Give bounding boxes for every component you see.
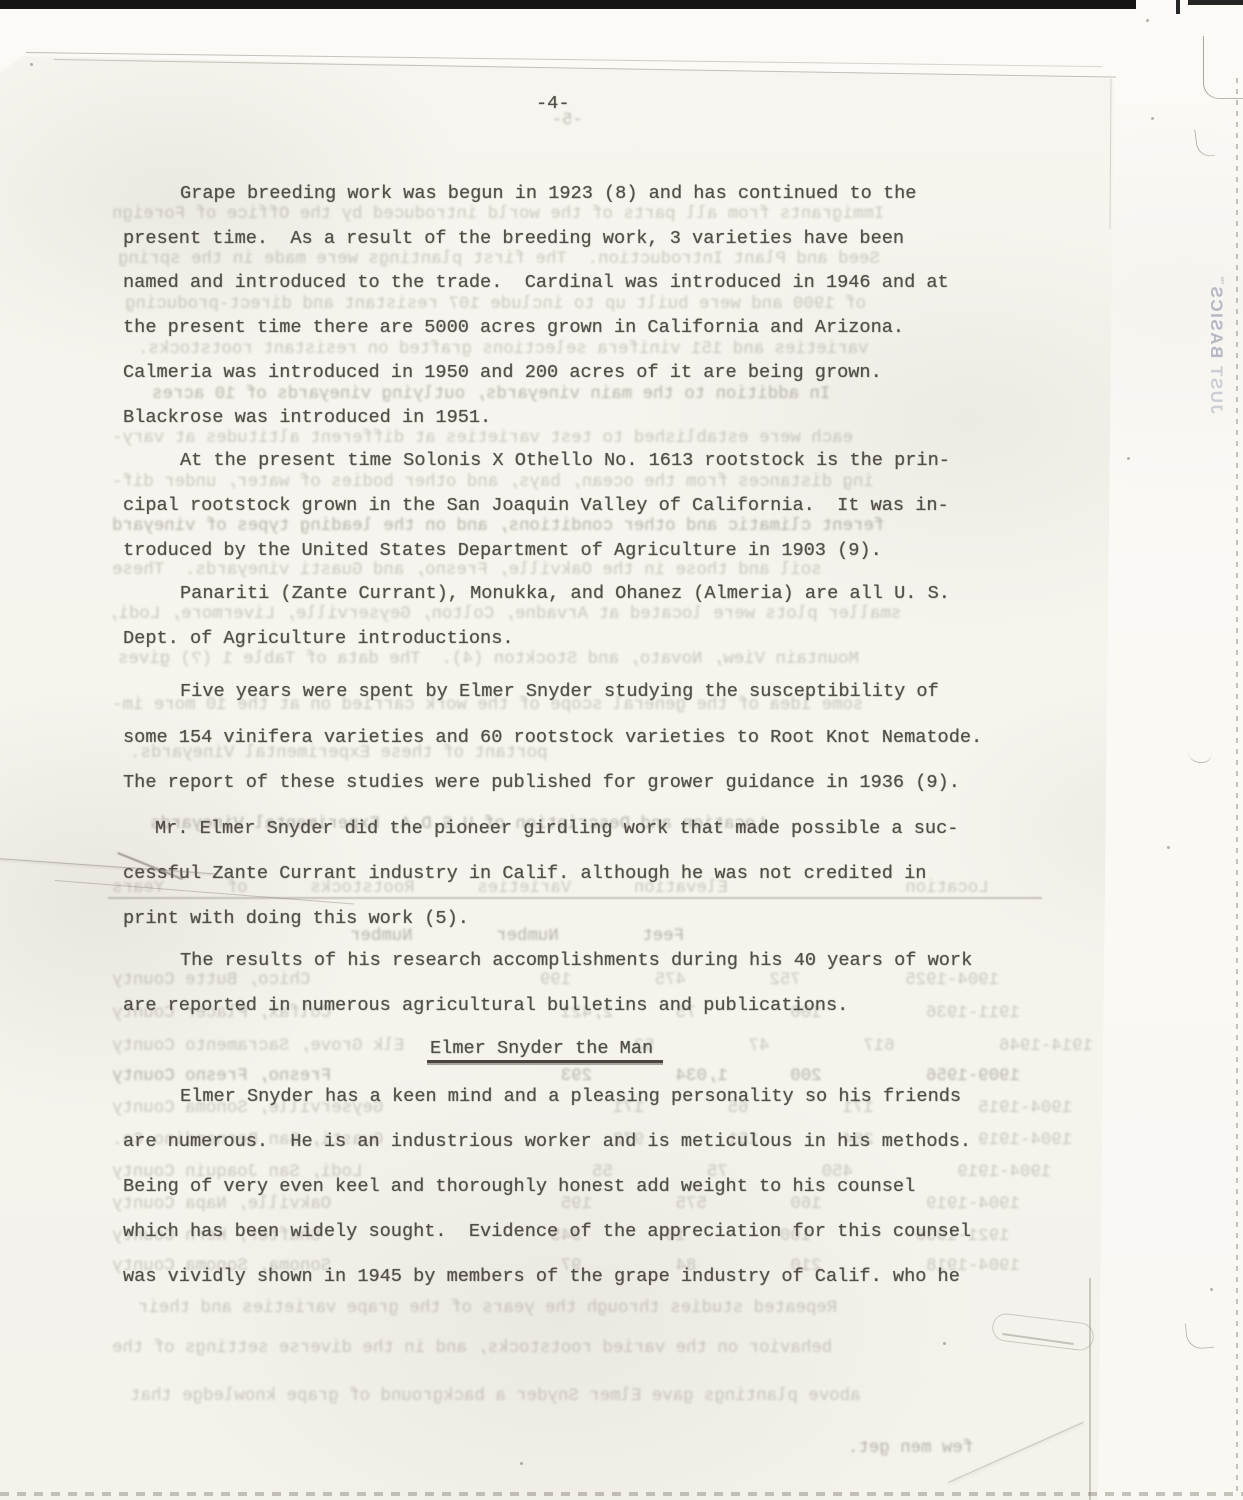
scanner-edge-strip [1188,0,1243,5]
bleedthrough-line: varieties and 151 vinifera selections gr… [138,341,869,358]
scanner-edge-strip [0,0,1136,9]
bleedthrough-line: 1904-1925 752 475 199 Chico, Butte Count… [112,972,999,989]
typed-line: cipal rootstock grown in the San Joaquin… [123,497,949,516]
bleedthrough-line: 1909-1956 200 1,034 293 Fresno, Fresno C… [112,1068,1020,1085]
bleedthrough-line: 1904-1919 160 575 195 Oakville, Napa Cou… [112,1196,1020,1213]
typed-line: troduced by the United States Department… [123,542,882,561]
typed-line: was vividly shown in 1945 by members of … [123,1268,960,1287]
typed-line: print with doing this work (5). [123,910,469,929]
speck [1167,846,1170,849]
typed-line: Panariti (Zante Currant), Monukka, and O… [180,585,950,604]
typed-line: some 154 vinifera varieties and 60 roots… [123,729,982,748]
typed-line: are reported in numerous agricultural bu… [123,997,848,1016]
bleedthrough-line: few men get. [848,1440,973,1457]
typed-line: named and introduced to the trade. Cardi… [123,274,949,293]
typed-line: Calmeria was introduced in 1950 and 200 … [123,364,882,383]
sleeve-corner-outline [1203,36,1243,99]
watermark-just-basics: JUST BASICS™ [1186,272,1243,417]
typed-line: Being of very even keel and thoroughly h… [123,1178,915,1197]
section-heading: Elmer Snyder the Man [430,1040,653,1059]
binder-hole-arc [1188,748,1212,763]
bleedthrough-line: above plantings gave Elmer Snyder a back… [130,1388,861,1405]
typed-line: The results of his research accomplishme… [180,952,972,971]
bleedthrough-line: smaller plots were located at Arvadne, C… [108,606,901,623]
bleedthrough-line: behavior on the varied rootstocks, and i… [112,1340,832,1357]
typed-line: present time. As a result of the breedin… [123,230,904,249]
typed-line: Blackrose was introduced in 1951. [123,409,491,428]
binder-hole-arc [1194,127,1215,158]
bleedthrough-line: of 1900 and were built up to include 107… [125,296,866,313]
bleedthrough-line: ing distances from the ocean, bays, and … [112,474,874,491]
typed-line: Mr. Elmer Snyder did the pioneer girdlin… [155,820,958,839]
typed-line: the present time there are 5000 acres gr… [123,319,904,338]
typed-line: Dept. of Agriculture introductions. [123,630,514,649]
page-number: -4- [536,95,569,114]
bleedthrough-line: Mountain View, Novato, and Stockton (4).… [118,651,859,668]
typed-line: The report of these studies were publish… [123,774,960,793]
bleedthrough-line: Immigrants from all parts of the world i… [112,206,884,223]
speck [30,63,33,66]
speck [1151,117,1154,120]
scanned-document: JUST BASICS™ -5- Immigrants from all par… [0,0,1243,1500]
bleedthrough-line: Seed and Plant Introduction. The first p… [118,251,880,268]
typed-line: which has been widely sought. Evidence o… [123,1223,971,1242]
speck [943,1342,946,1345]
bleedthrough-line: In addition to the main vineyards, outly… [152,386,830,403]
bleedthrough-line: each were established to test varieties … [112,430,853,447]
speck [1127,457,1130,460]
typed-line: Grape breeding work was begun in 1923 (8… [180,185,916,204]
watermark-text: JUST BASICS™ [1206,276,1226,414]
perforation-edge [0,1492,1243,1496]
binder-hole-arc [1185,1321,1214,1350]
bleedthrough-line: Repeated studies through the years of th… [138,1300,837,1317]
bleedthrough-line: Feet Number Number [350,928,684,945]
speck [1210,1288,1213,1291]
scanner-edge-tick [1176,0,1180,14]
fold-line [1089,1278,1091,1500]
speck [520,1462,523,1465]
bleedthrough-line: ferent climatic and other conditions, an… [112,518,884,535]
typed-line: At the present time Solonis X Othello No… [180,452,950,471]
typed-line: Five years were spent by Elmer Snyder st… [180,683,939,702]
typed-line: cessful Zante Currant industry in Calif.… [123,865,926,884]
heading-underline [427,1060,663,1063]
typed-line: are numerous. He is an industrious worke… [123,1133,971,1152]
bleedthrough-line: portant of these Experimental Vineyards. [130,745,547,762]
speck [1146,19,1149,22]
typed-line: Elmer Snyder has a keen mind and a pleas… [180,1088,961,1107]
bleedthrough-line: soil and those in the Oakville, Fresno, … [112,562,822,579]
